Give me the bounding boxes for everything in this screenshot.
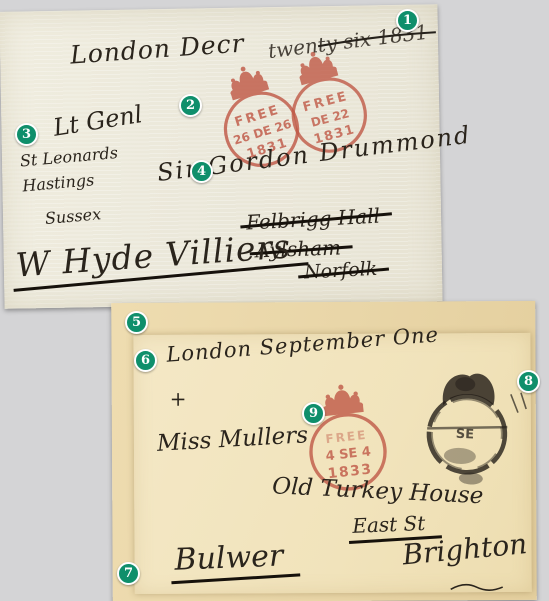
pen-flourish bbox=[451, 584, 503, 590]
bottom-envelope: FREE 4 SE 4 1833 SE London September One… bbox=[111, 301, 537, 601]
callout-badge-1[interactable]: 1 bbox=[396, 9, 419, 32]
top-envelope: FREE 26 DE 26 1831 FREE DE 22 1831 Londo… bbox=[0, 4, 443, 309]
crown-icon bbox=[321, 382, 364, 416]
callout-badge-3[interactable]: 3 bbox=[15, 123, 38, 146]
callout-badge-4[interactable]: 4 bbox=[190, 160, 213, 183]
postmark-black-text: SE bbox=[455, 427, 474, 443]
callout-badge-7[interactable]: 7 bbox=[117, 562, 140, 585]
annotated-covers-photo: FREE 26 DE 26 1831 FREE DE 22 1831 Londo… bbox=[0, 0, 549, 601]
callout-badge-8[interactable]: 8 bbox=[517, 370, 540, 393]
hw-frank-signature: Bulwer bbox=[174, 541, 284, 575]
crowned-black-postmark: SE bbox=[415, 371, 527, 487]
callout-badge-5[interactable]: 5 bbox=[125, 311, 148, 334]
hw-plus-mark: + bbox=[170, 389, 187, 409]
hw-crossed-out-line: Norfolk bbox=[304, 260, 378, 283]
callout-badge-9[interactable]: 9 bbox=[302, 402, 325, 425]
callout-badge-2[interactable]: 2 bbox=[179, 94, 202, 117]
postmark-free-text: FREE bbox=[325, 428, 368, 447]
callout-badge-6[interactable]: 6 bbox=[134, 349, 157, 372]
hw-address-line: East St bbox=[352, 513, 426, 536]
